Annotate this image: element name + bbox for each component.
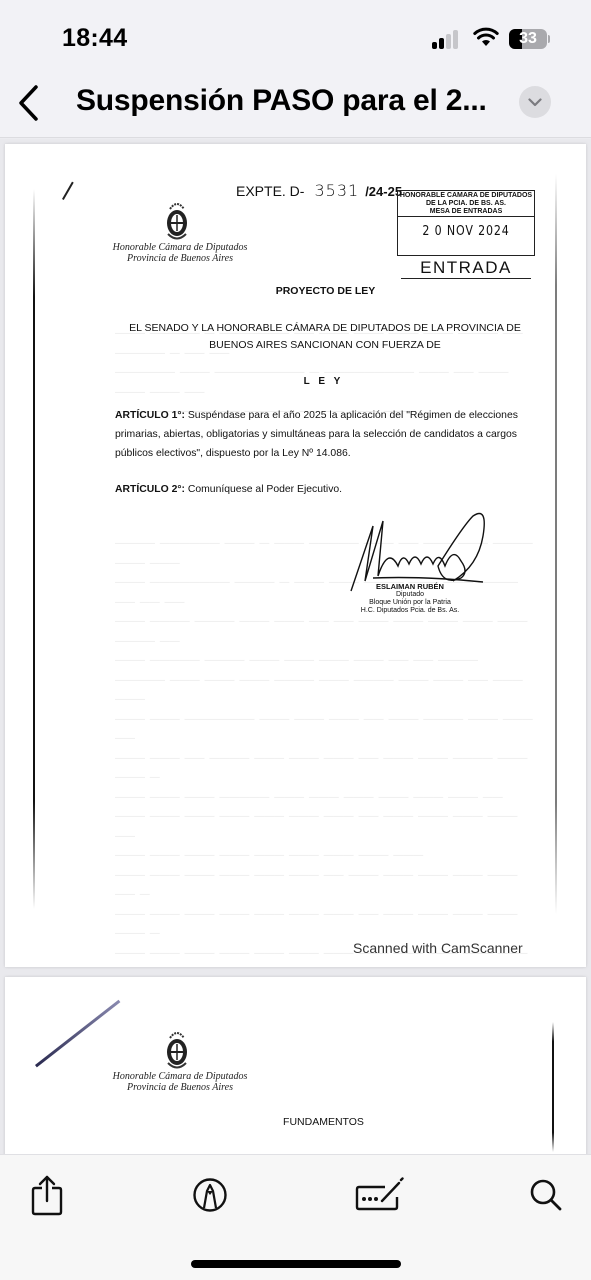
document-title[interactable]: Suspensión PASO para el 2... <box>76 84 487 118</box>
markup-pen-icon <box>192 1177 228 1213</box>
signatory-block: ESLAIMAN RUBÉN Diputado Bloque Unión por… <box>355 583 465 615</box>
search-button[interactable] <box>524 1173 568 1217</box>
document-scroll-area[interactable]: EXPTE. D-3531/24-25 HONORABLE CAMARA DE … <box>0 139 591 1154</box>
pen-mark <box>62 182 74 200</box>
signatory-name: ESLAIMAN RUBÉN <box>355 583 465 591</box>
entry-stamp: HONORABLE CAMARA DE DIPUTADOS DE LA PCIA… <box>397 190 535 278</box>
form-fill-icon <box>355 1177 405 1213</box>
markup-button[interactable] <box>188 1173 232 1217</box>
scan-edge <box>33 189 35 909</box>
back-button[interactable] <box>10 80 46 126</box>
battery-tip <box>548 35 550 43</box>
institution-line-2: Provincia de Buenos Aires <box>110 253 250 264</box>
wifi-icon <box>473 27 499 47</box>
status-bar: 18:44 33 <box>0 0 591 70</box>
signatory-bloc: Bloque Unión por la Patria <box>355 599 465 607</box>
title-menu-button[interactable] <box>519 86 551 118</box>
stamp-label: ENTRADA <box>401 258 531 279</box>
chevron-left-icon <box>17 84 39 122</box>
article-2-label: ARTÍCULO 2°: <box>115 484 185 495</box>
nav-bar: Suspensión PASO para el 2... <box>0 70 591 138</box>
share-button[interactable] <box>25 1173 69 1217</box>
institution-line-1: Honorable Cámara de Diputados <box>110 242 250 253</box>
cellular-signal-icon <box>432 30 462 49</box>
home-indicator[interactable] <box>191 1260 401 1268</box>
institution-letterhead: Honorable Cámara de Diputados Provincia … <box>110 242 250 264</box>
coat-of-arms-icon <box>164 199 190 243</box>
camscanner-watermark: Scanned with CamScanner <box>353 940 523 956</box>
ley-heading: L E Y <box>61 376 586 387</box>
document-heading: PROYECTO DE LEY <box>65 285 586 297</box>
stamp-header: HONORABLE CAMARA DE DIPUTADOS DE LA PCIA… <box>397 192 535 216</box>
status-time: 18:44 <box>62 24 127 53</box>
stamp-divider <box>397 216 535 217</box>
article-2-text: Comuníquese al Poder Ejecutivo. <box>185 484 342 495</box>
scan-edge <box>552 1022 554 1152</box>
pdf-viewer-screen: 18:44 33 Suspensión PASO para el 2... <box>0 0 591 1280</box>
article-1-label: ARTÍCULO 1°: <box>115 410 185 421</box>
chevron-down-icon <box>528 98 542 107</box>
signatory-chamber: H.C. Diputados Pcia. de Bs. As. <box>355 607 465 615</box>
bottom-toolbar <box>0 1154 591 1280</box>
article-1: ARTÍCULO 1°: Suspéndase para el año 2025… <box>115 406 539 463</box>
coat-of-arms-icon <box>164 1028 190 1072</box>
expte-prefix: EXPTE. D- <box>236 183 304 199</box>
share-icon <box>29 1174 65 1216</box>
expediente-number: EXPTE. D-3531/24-25 <box>236 181 402 200</box>
signatory-role: Diputado <box>355 591 465 599</box>
search-icon <box>528 1177 564 1213</box>
expte-handwritten-number: 3531 <box>314 181 359 200</box>
fill-and-sign-button[interactable] <box>355 1173 405 1217</box>
enacting-clause: EL SENADO Y LA HONORABLE CÁMARA DE DIPUT… <box>115 320 535 354</box>
institution-letterhead: Honorable Cámara de Diputados Provincia … <box>110 1071 250 1093</box>
article-2: ARTÍCULO 2°: Comuníquese al Poder Ejecut… <box>115 480 539 499</box>
stamp-date: 2 0 NOV 2024 <box>407 224 524 239</box>
battery-icon: 33 <box>509 29 547 49</box>
institution-line-2: Provincia de Buenos Aires <box>110 1082 250 1093</box>
pdf-page-1: EXPTE. D-3531/24-25 HONORABLE CAMARA DE … <box>5 144 586 967</box>
pdf-page-2: Honorable Cámara de Diputados Provincia … <box>5 977 586 1154</box>
pen-mark <box>35 1000 120 1068</box>
bleed-through-text: ———— —————— ——— — ——— ————— ——— —— ——— —… <box>115 534 539 967</box>
institution-line-1: Honorable Cámara de Diputados <box>110 1071 250 1082</box>
battery-percent: 33 <box>509 30 547 48</box>
fundamentos-heading: FUNDAMENTOS <box>61 1116 586 1128</box>
